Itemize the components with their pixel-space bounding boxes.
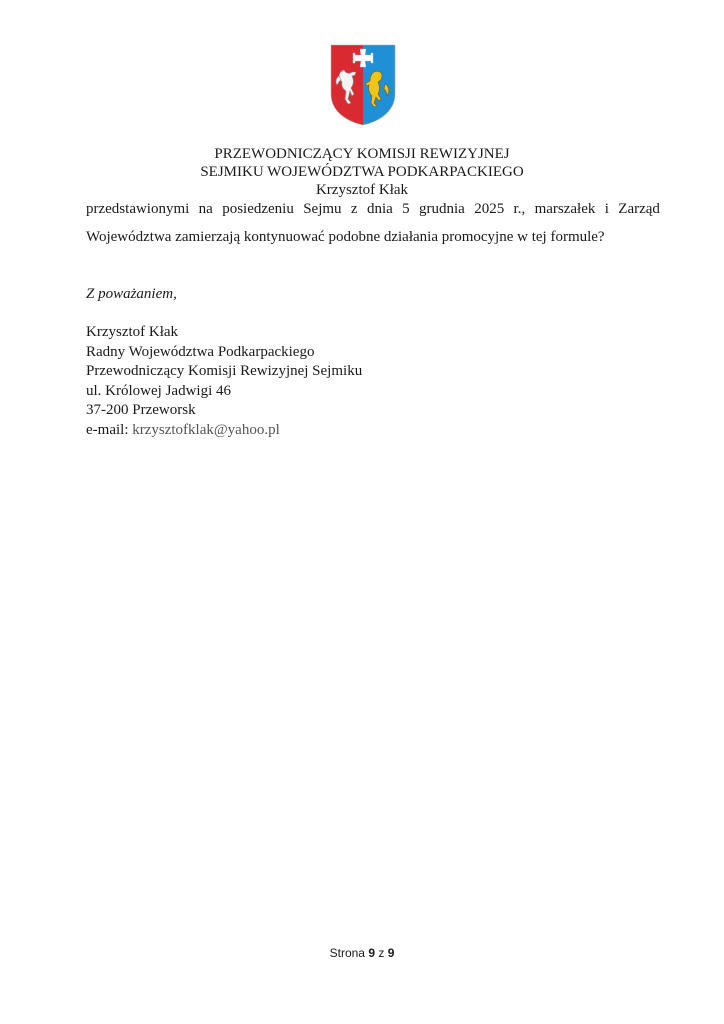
body-line-2: Województwa zamierzają kontynuować podob…	[86, 229, 605, 246]
body-word: marszałek	[535, 201, 596, 218]
body-line-1: przedstawionyminaposiedzeniuSejmuzdnia5g…	[86, 201, 660, 218]
body-word: z	[351, 201, 358, 218]
current-page: 9	[368, 946, 375, 960]
body-word: i	[605, 201, 609, 218]
body-word: 2025	[474, 201, 504, 218]
signature-title-1: Radny Województwa Podkarpackiego	[86, 343, 362, 363]
body-word: Sejmu	[303, 201, 341, 218]
page-footer: Strona 9 z 9	[0, 946, 724, 960]
body-word: na	[199, 201, 213, 218]
page-label: Strona	[330, 946, 365, 960]
body-word: r.,	[514, 201, 526, 218]
signature-email-row: e-mail: krzysztofklak@yahoo.pl	[86, 421, 362, 441]
signature-title-2: Przewodniczący Komisji Rewizyjnej Sejmik…	[86, 362, 362, 382]
closing-salutation: Z poważaniem,	[86, 286, 177, 303]
body-word: dnia	[367, 201, 393, 218]
body-word: przedstawionymi	[86, 201, 189, 218]
coat-of-arms-icon	[330, 44, 396, 126]
email-link[interactable]: krzysztofklak@yahoo.pl	[132, 422, 280, 438]
signature-name: Krzysztof Kłak	[86, 323, 362, 343]
header-author: Krzysztof Kłak	[0, 181, 724, 199]
signature-city: 37-200 Przeworsk	[86, 401, 362, 421]
email-label: e-mail:	[86, 422, 128, 438]
signature-block: Krzysztof Kłak Radny Województwa Podkarp…	[86, 323, 362, 441]
header-title: PRZEWODNICZĄCY KOMISJI REWIZYJNEJ	[0, 145, 724, 163]
header-subtitle: SEJMIKU WOJEWÓDZTWA PODKARPACKIEGO	[0, 163, 724, 181]
signature-street: ul. Królowej Jadwigi 46	[86, 382, 362, 402]
page-separator: z	[378, 946, 384, 960]
body-word: grudnia	[419, 201, 465, 218]
total-pages: 9	[388, 946, 395, 960]
body-word: 5	[402, 201, 410, 218]
body-word: Zarząd	[618, 201, 660, 218]
body-word: posiedzeniu	[222, 201, 294, 218]
